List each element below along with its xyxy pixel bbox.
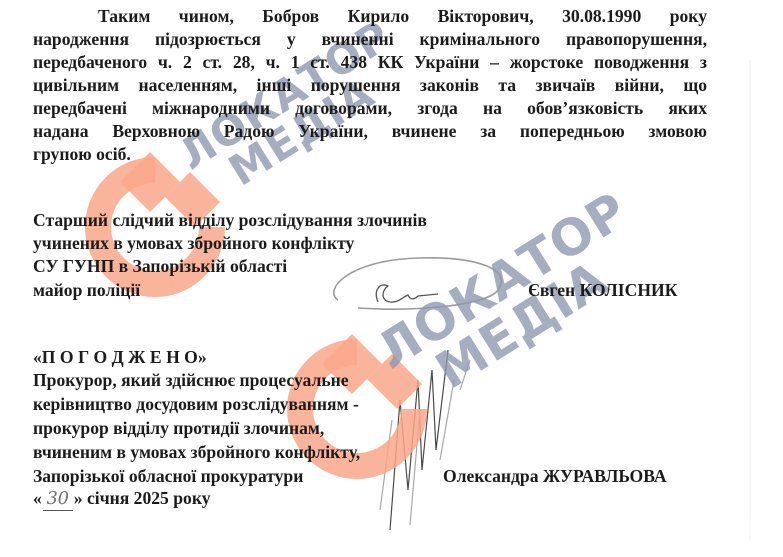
prosecutor-title-line: прокурор відділу протидії злочинам, bbox=[33, 417, 324, 439]
paragraph-line: цивільним населенням, інші порушення зак… bbox=[33, 74, 707, 96]
paragraph-line: надана Верховною Радою України, вчинене … bbox=[33, 120, 707, 142]
prosecutor-title-line: вчиненим в умовах збройного конфлікту, bbox=[33, 441, 360, 463]
approval-date: «30» січня 2025 року bbox=[33, 487, 211, 511]
paragraph-line: передбачені міжнародними договорами, зго… bbox=[33, 97, 707, 119]
approval-heading: «П О Г О Д Ж Е Н О» bbox=[33, 346, 207, 368]
paragraph-line: Таким чином, Бобров Кирило Вікторович, 3… bbox=[98, 5, 707, 27]
investigator-title-line: Старший слідчий відділу розслідування зл… bbox=[33, 209, 427, 231]
prosecutor-title-line: Запорізької обласної прокуратури bbox=[33, 465, 303, 487]
investigator-title-line: учинених в умовах збройного конфлікту bbox=[33, 232, 354, 254]
prosecutor-title-line: Прокурор, який здійснює процесуальне bbox=[33, 369, 349, 391]
paragraph-line: передбаченого ч. 2 ст. 28, ч. 1 ст. 438 … bbox=[33, 51, 707, 73]
investigator-name: Євген КОЛІСНИК bbox=[528, 279, 677, 301]
investigator-title-line: СУ ГУНП в Запорізькій області bbox=[33, 255, 287, 277]
prosecutor-title-line: керівництво досудовим розслідуванням - bbox=[33, 393, 359, 415]
date-day-handwritten: 30 bbox=[43, 488, 73, 511]
paragraph-line: групою осіб. bbox=[33, 143, 131, 165]
document-page: ЛОКАТОР МЕДІА ЛОКАТОР МЕДІА Таким чином,… bbox=[0, 0, 783, 557]
paragraph-line: народження підозрюється у вчиненні кримі… bbox=[33, 28, 707, 50]
date-rest: » січня 2025 року bbox=[74, 488, 211, 508]
scan-edge-artifact bbox=[749, 60, 751, 540]
date-open-quote: « bbox=[33, 488, 42, 508]
prosecutor-name: Олександра ЖУРАВЛЬОВА bbox=[443, 465, 667, 487]
investigator-rank: майор поліції bbox=[33, 279, 140, 301]
